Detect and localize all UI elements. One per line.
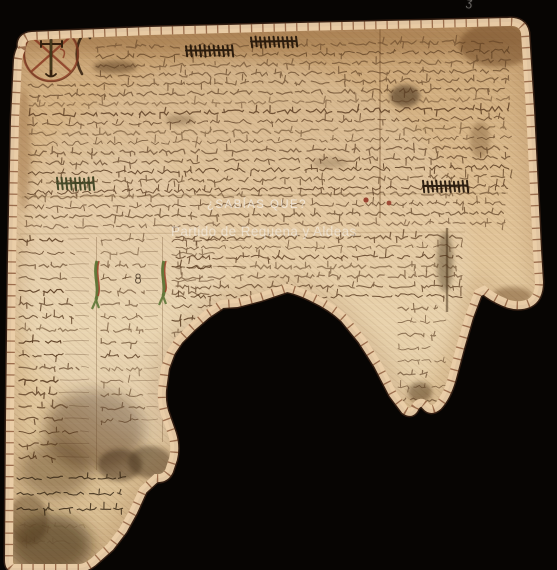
photo-of-medieval-parchment: { "photo": { "background_color": "#07050…	[0, 0, 557, 570]
parchment-photo	[0, 0, 557, 570]
